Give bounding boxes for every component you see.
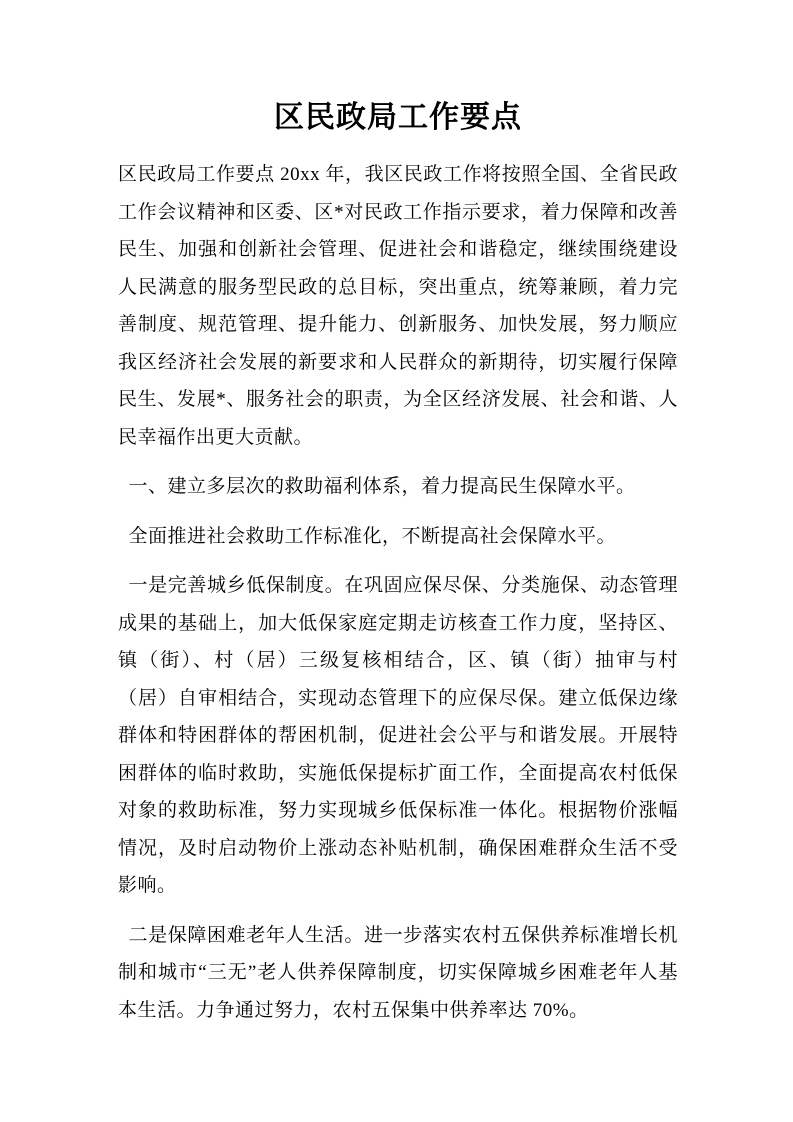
paragraph-item-two: 二是保障困难老年人生活。进一步落实农村五保供养标准增长机制和城市“三无”老人供养… [118, 917, 678, 1030]
paragraph-intro: 区民政局工作要点 20xx 年，我区民政工作将按照全国、全省民政工作会议精神和区… [118, 156, 678, 456]
paragraph-section-one-heading: 一、建立多层次的救助福利体系，着力提高民生保障水平。 [118, 468, 678, 506]
paragraph-section-one-summary: 全面推进社会救助工作标准化，不断提高社会保障水平。 [118, 518, 678, 556]
paragraph-item-one: 一是完善城乡低保制度。在巩固应保尽保、分类施保、动态管理成果的基础上，加大低保家… [118, 567, 678, 905]
document-page: 区民政局工作要点 区民政局工作要点 20xx 年，我区民政工作将按照全国、全省民… [0, 0, 793, 1122]
document-title: 区民政局工作要点 [118, 98, 678, 138]
